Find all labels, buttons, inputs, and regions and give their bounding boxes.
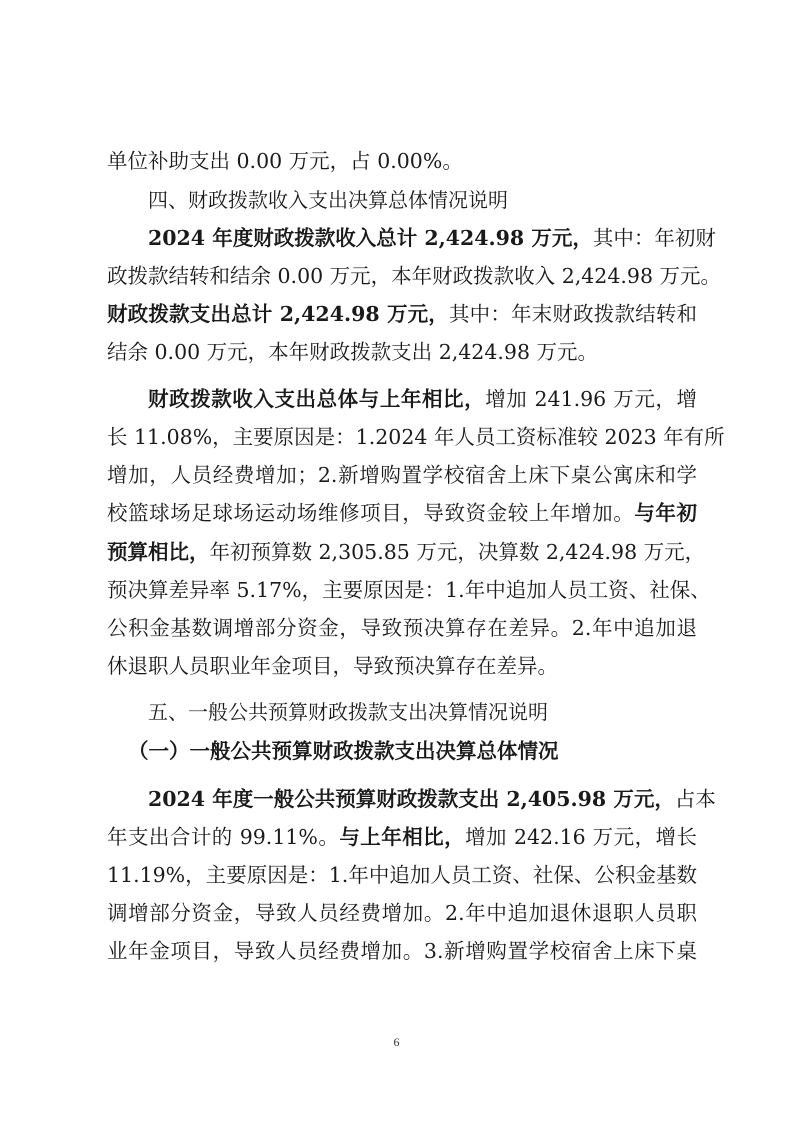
paragraph-line: 业年金项目，导致人员经费增加。3.新增购置学校宿舍上床下桌 [107,932,697,970]
paragraph-line: 年支出合计的 99.11%。与上年相比，增加 242.16 万元，增长 [107,818,697,856]
paragraph-line: 调增部分资金，导致人员经费增加。2.年中追加退休退职人员职 [107,894,697,932]
text-run: 单位补助支出 0.00 万元，占 0.00%。 [107,149,463,173]
bold-text-run: 与年初 [634,501,697,525]
paragraph-line: 2024 年度一般公共预算财政拨款支出 2,405.98 万元，占本 [148,780,697,818]
text-run: 增加 242.16 万元，增长 [465,825,697,849]
text-run: 长 11.08%，主要原因是：1.2024 年人员工资标准较 2023 年有所 [107,425,725,449]
bold-text-run: 与上年相比， [339,825,465,849]
text-run: 其中：年末财政拨款结转和 [449,302,697,326]
paragraph-line: 11.19%，主要原因是：1.年中追加人员工资、社保、公积金基数 [107,856,697,894]
subheading-text: （一）一般公共预算财政拨款支出决算总体情况 [128,739,559,763]
bold-text-run: 财政拨款收入支出总体与上年相比， [148,387,485,411]
paragraph-line: 财政拨款支出总计 2,424.98 万元，其中：年末财政拨款结转和 [107,295,697,333]
text-run: 休退职人员职业年金项目，导致预决算存在差异。 [107,654,558,678]
page-number: 6 [0,1035,793,1050]
paragraph-line: 单位补助支出 0.00 万元，占 0.00%。 [107,142,697,180]
text-run: 结余 0.00 万元，本年财政拨款支出 2,424.98 万元。 [107,340,598,364]
document-page: 单位补助支出 0.00 万元，占 0.00%。 四、财政拨款收入支出决算总体情况… [0,0,793,1122]
text-run: 增加 241.96 万元，增 [485,387,697,411]
text-run: 增加，人员经费增加；2.新增购置学校宿舍上床下桌公寓床和学 [107,463,697,487]
text-run: 占本 [675,787,716,811]
paragraph-line: 休退职人员职业年金项目，导致预决算存在差异。 [107,647,697,685]
paragraph-line: 预算相比，年初预算数 2,305.85 万元，决算数 2,424.98 万元， [107,533,697,571]
text-run: 预决算差异率 5.17%，主要原因是：1.年中追加人员工资、社保、 [107,578,711,602]
subsection-heading-1: （一）一般公共预算财政拨款支出决算总体情况 [128,732,718,770]
paragraph-line: 长 11.08%，主要原因是：1.2024 年人员工资标准较 2023 年有所 [107,418,697,456]
paragraph-line: 2024 年度财政拨款收入总计 2,424.98 万元，其中：年初财 [148,219,697,257]
section-heading-4: 四、财政拨款收入支出决算总体情况说明 [148,181,697,219]
bold-text-run: 2024 年度财政拨款收入总计 2,424.98 万元， [148,226,593,250]
paragraph-line: 公积金基数调增部分资金，导致预决算存在差异。2.年中追加退 [107,609,697,647]
bold-text-run: 2024 年度一般公共预算财政拨款支出 2,405.98 万元， [148,787,675,811]
section-heading-5: 五、一般公共预算财政拨款支出决算情况说明 [148,693,697,731]
text-run: 11.19%，主要原因是：1.年中追加人员工资、社保、公积金基数 [107,863,697,887]
text-run: 校篮球场足球场运动场维修项目，导致资金较上年增加。 [107,501,634,525]
paragraph-line: 结余 0.00 万元，本年财政拨款支出 2,424.98 万元。 [107,333,697,371]
paragraph-line: 校篮球场足球场运动场维修项目，导致资金较上年增加。与年初 [107,494,697,532]
text-run: 业年金项目，导致人员经费增加。3.新增购置学校宿舍上床下桌 [107,939,697,963]
heading-text: 四、财政拨款收入支出决算总体情况说明 [148,188,508,212]
paragraph-line: 预决算差异率 5.17%，主要原因是：1.年中追加人员工资、社保、 [107,571,697,609]
text-run: 公积金基数调增部分资金，导致预决算存在差异。2.年中追加退 [107,616,697,640]
text-run: 年支出合计的 99.11%。 [107,825,339,849]
text-run: 调增部分资金，导致人员经费增加。2.年中追加退休退职人员职 [107,901,697,925]
text-run: 年初预算数 2,305.85 万元，决算数 2,424.98 万元， [210,540,706,564]
bold-text-run: 财政拨款支出总计 2,424.98 万元， [107,302,449,326]
text-run: 政拨款结转和结余 0.00 万元，本年财政拨款收入 2,424.98 万元。 [107,264,721,288]
paragraph-line: 政拨款结转和结余 0.00 万元，本年财政拨款收入 2,424.98 万元。 [107,257,697,295]
text-run: 其中：年初财 [593,226,716,250]
bold-text-run: 预算相比， [107,540,210,564]
paragraph-line: 增加，人员经费增加；2.新增购置学校宿舍上床下桌公寓床和学 [107,456,697,494]
heading-text: 五、一般公共预算财政拨款支出决算情况说明 [148,700,548,724]
paragraph-line: 财政拨款收入支出总体与上年相比，增加 241.96 万元，增 [148,380,697,418]
